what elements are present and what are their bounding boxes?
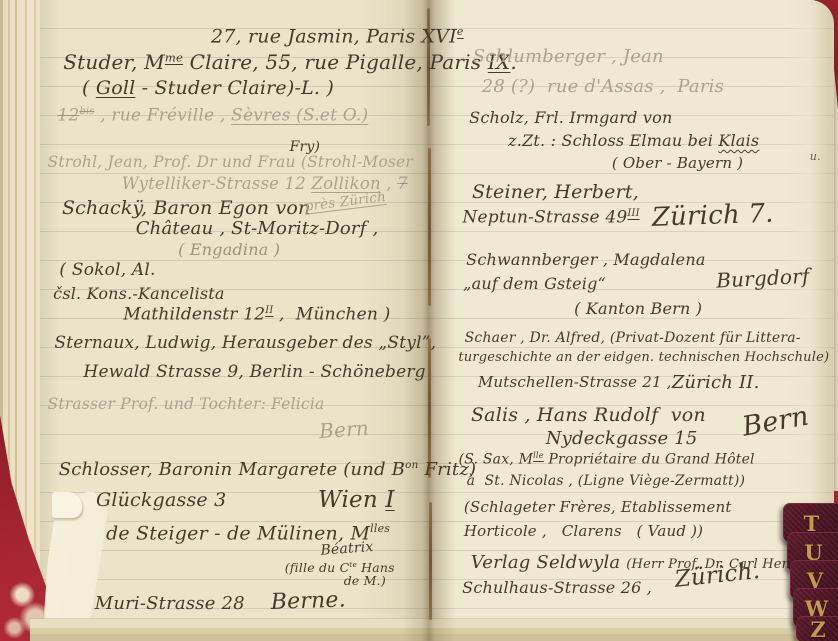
text-part: , rue Fréville , [95,106,232,126]
entry-seldwyla-city: Zürich. [641,537,763,618]
text-part: ( Engadina ) [178,240,280,259]
text-part: Schulhaus-Strasse 26 , [462,578,652,597]
binding-stitch [428,148,431,306]
text-part: u. [810,150,821,163]
struck-part: 12 [57,106,79,126]
text-part: Zürich. [673,558,761,593]
index-tab-z[interactable]: Z [796,616,838,641]
text-part: ( Kanton Bern ) [574,299,702,318]
struck-part: 7 [397,174,408,193]
text-part: de M.) [344,573,386,588]
entry-steiger-city: Berne. [241,567,347,637]
address-book-photo: 27, rue Jasmin, Paris XVIe Studer, Mme C… [0,0,838,641]
text-part: Muri-Strasse 28 [95,593,245,614]
margin-mark: u. [795,140,821,173]
superscript: lles [370,522,390,535]
tab-letter: Z [810,617,825,641]
text-part: Hewald Strasse 9, Berlin - Schöneberg [83,362,425,382]
superscript: on [405,459,418,471]
text-part: Strasser Prof. und Tochter: Felicia [48,395,325,413]
entry-engadina: ( Engadina ) [157,226,280,274]
text-part: Burgdorf [716,264,810,293]
text-part: Zürich 7. [651,199,774,233]
struck-part: Sèvres (S.et O.) [231,106,368,126]
text-part: Bern [318,416,369,443]
entry-strasser: Strasser Prof. und Tochter: Felicia [27,381,324,428]
text-part: Berne. [270,587,346,615]
entry-steiger-street: Muri-Strasse 28 [71,577,245,631]
entry-seldwyla-street: Schulhaus-Strasse 26 , [441,564,652,612]
binding-stitch [429,502,432,620]
superscript: lle [533,450,544,460]
superscript: bis [79,106,94,117]
text-part: Neptun-Strasse 49 [462,208,627,228]
entry-schwannberger-city: Burgdorf [688,246,811,312]
